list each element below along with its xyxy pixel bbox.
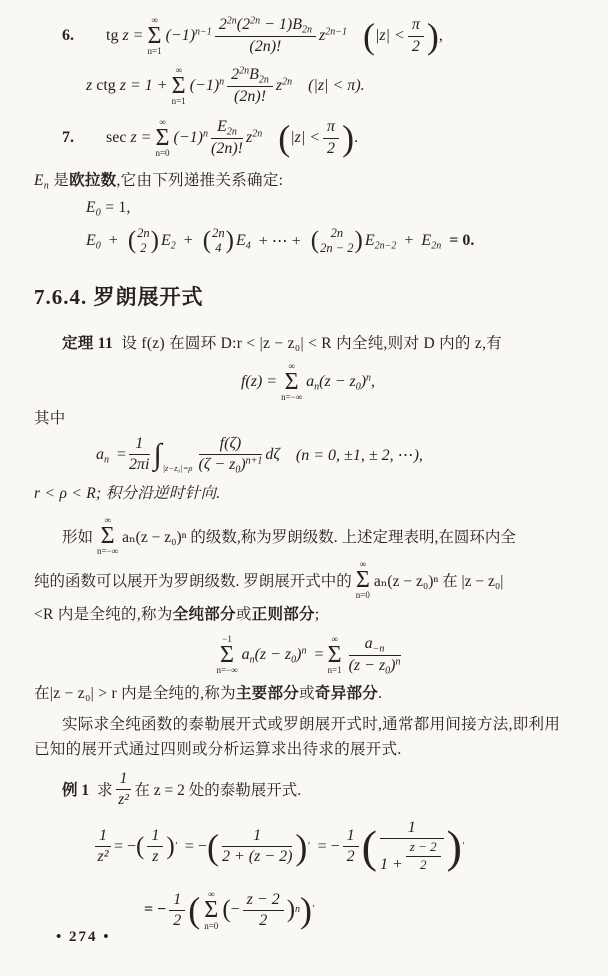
euler-recurrence: E0 + (2n2) E2 + (2n4) E4 + ⋯ + (2n2n − 2… xyxy=(86,226,582,255)
paragraph-laurent-line3: <R 内是全纯的,称为全纯部分或正则部分; xyxy=(34,602,582,627)
where-label: 其中 xyxy=(34,406,582,431)
coefficient: (−1)n xyxy=(190,77,224,95)
page-number: • 274 • xyxy=(56,929,111,946)
term-regular-part: 正则部分 xyxy=(252,606,315,623)
summation-symbol: −1Σn=−∞ xyxy=(217,635,238,675)
differential: dζ xyxy=(265,446,279,464)
condition: |z| < xyxy=(375,27,405,45)
theorem-11: 定理 11 设 f(z) 在圆环 D:r < |z − z₀| < R 内全纯,… xyxy=(34,331,582,356)
fraction: E2n(2n)! xyxy=(211,118,243,158)
fraction: 22n(22n − 1)B2n(2n)! xyxy=(215,16,316,56)
formula-ctg: z ctg z = 1 + ∞Σn=1 (−1)n 22nB2n(2n)! z2… xyxy=(86,66,582,106)
binomial-coefficient: (2n2n − 2) xyxy=(311,226,363,255)
term-euler-number: 欧拉数 xyxy=(69,172,116,189)
section-heading: 7.6.4. 罗朗展开式 xyxy=(34,281,582,311)
paragraph-method-line2: 已知的展开式通过四则或分析运算求出待求的展开式. xyxy=(34,737,582,762)
pi-over-2: π2 xyxy=(408,16,424,56)
binomial-coefficient: (2n2) xyxy=(128,226,159,255)
power-term: z2n xyxy=(246,129,262,147)
function-name: ctg xyxy=(96,77,116,95)
function-name: sec xyxy=(106,129,126,147)
example-derivation-line2: = − 12 ( ∞Σn=0 (−z − 22)n )′ xyxy=(144,890,582,930)
lhs: z = 1 + xyxy=(120,77,168,95)
paragraph-laurent-line1: 形如 ∞Σn=−∞ aₙ(z − z₀)ⁿ 的级数,称为罗朗级数. 上述定理表明… xyxy=(34,516,582,556)
euler-intro: En 是欧拉数,它由下列递推关系确定: xyxy=(34,168,582,193)
coefficient: (−1)n xyxy=(174,129,208,147)
one-over-z-squared: 1z² xyxy=(116,770,132,809)
coefficient-formula: an = 12πi ∫ |z−z₀|=ρ f(ζ)(ζ − z0)n+1 dζ … xyxy=(96,435,582,475)
fraction: 22nB2n(2n)! xyxy=(227,66,273,106)
condition: (|z| < π). xyxy=(308,77,365,95)
condition: |z| < xyxy=(290,129,320,147)
paragraph-method-line1: 实际求全纯函数的泰勒展开式或罗朗展开式时,通常都用间接方法,即利用 xyxy=(34,712,582,737)
example-1: 例 1 求 1z² 在 z = 2 处的泰勒展开式. xyxy=(34,770,582,809)
power-term: z2n xyxy=(276,77,292,95)
one-over-2pii: 12πi xyxy=(129,435,149,475)
section-number: 7.6.4. xyxy=(34,285,87,309)
summation-symbol: ∞Σn=0 xyxy=(356,560,370,600)
pi-over-2: π2 xyxy=(323,118,339,158)
integrand-fraction: f(ζ)(ζ − z0)n+1 xyxy=(199,435,263,475)
term-principal-part: 主要部分 xyxy=(236,685,299,702)
book-page: 6. tg z = ∞Σn=1 (−1)n−1 22n(22n − 1)B2n(… xyxy=(0,0,608,976)
summation-symbol: ∞Σn=1 xyxy=(328,635,342,675)
punctuation: , xyxy=(439,27,443,45)
binomial-coefficient: (2n4) xyxy=(203,226,234,255)
laurent-series-formula: f(z) = ∞Σn=−∞ an(z − z0)n, xyxy=(34,362,582,402)
punctuation: . xyxy=(354,129,358,147)
series-term: an(z − z0)n xyxy=(306,373,371,391)
example-label: 例 1 xyxy=(62,778,89,800)
summation-symbol: ∞Σn=1 xyxy=(172,66,186,106)
formula-item-7: 7. sec z = ∞Σn=0 (−1)n E2n(2n)! z2n ( |z… xyxy=(34,118,582,158)
coefficient: (−1)n−1 xyxy=(166,27,212,45)
power-term: z2n−1 xyxy=(319,27,347,45)
summation-symbol: ∞Σn=−∞ xyxy=(97,516,118,556)
principal-part-formula: −1Σn=−∞ an(z − z0)n = ∞Σn=1 a−n(z − z0)n xyxy=(34,635,582,675)
term-holomorphic-part: 全纯部分 xyxy=(173,606,236,623)
section-title: 罗朗展开式 xyxy=(94,285,204,309)
summation-symbol: ∞Σn=1 xyxy=(147,16,161,56)
theorem-label: 定理 11 xyxy=(62,335,113,352)
condition: (n = 0, ±1, ± 2, ⋯), xyxy=(296,445,423,465)
formula-item-6: 6. tg z = ∞Σn=1 (−1)n−1 22n(22n − 1)B2n(… xyxy=(34,16,582,56)
paragraph-laurent-line2: 纯的函数可以展开为罗朗级数. 罗朗展开式中的 ∞Σn=0 aₙ(z − z₀)ⁿ… xyxy=(34,560,582,600)
function-name: tg xyxy=(106,27,118,45)
lhs: z = xyxy=(122,27,143,45)
lhs: z = xyxy=(130,129,151,147)
summation-symbol: ∞Σn=0 xyxy=(204,890,218,930)
euler-e0: E0 = 1, xyxy=(86,195,582,220)
integral-subscript: |z−z₀|=ρ xyxy=(163,463,193,473)
example-derivation-line1: 1z² = − (1z)′ = − (12 + (z − 2))′ = − 12… xyxy=(92,819,582,875)
item-number: 6. xyxy=(62,27,74,45)
summation-symbol: ∞Σn=0 xyxy=(155,118,169,158)
negative-index-fraction: a−n(z − z0)n xyxy=(349,635,401,675)
lhs-var: z xyxy=(86,77,92,95)
theorem-body: 设 f(z) 在圆环 D:r < |z − z₀| < R 内全纯,则对 D 内… xyxy=(121,335,502,352)
term-singular-part: 奇异部分 xyxy=(315,685,378,702)
paragraph-principal: 在|z − z₀| > r 内是全纯的,称为主要部分或奇异部分. xyxy=(34,681,582,706)
rho-condition: r < ρ < R; 积分沿逆时针向. xyxy=(34,481,582,506)
item-number: 7. xyxy=(62,129,74,147)
summation-symbol: ∞Σn=−∞ xyxy=(281,362,302,402)
euler-symbol: En xyxy=(34,172,49,189)
